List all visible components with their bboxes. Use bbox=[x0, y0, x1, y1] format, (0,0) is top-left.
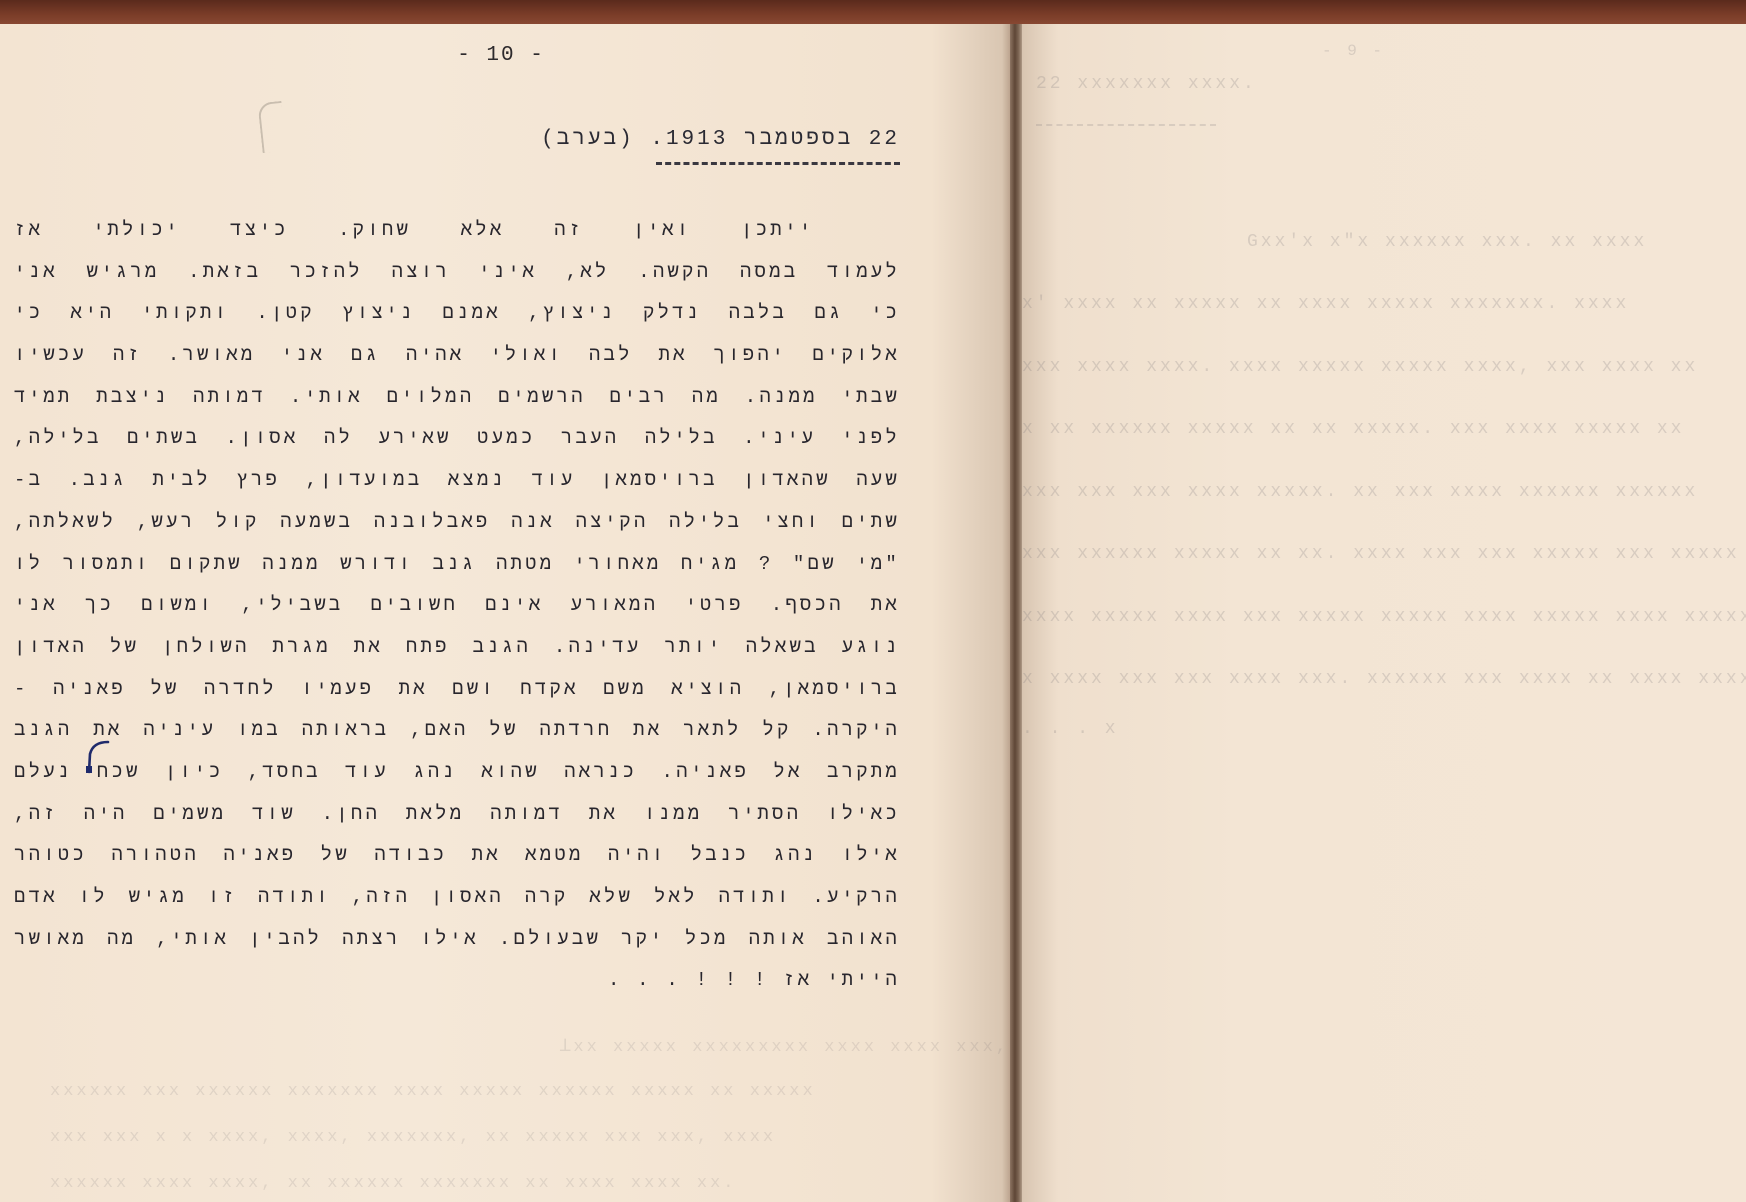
text-line: "מי שם" ? מגיח מאחורי מטתה גנב ודורש ממנ… bbox=[14, 544, 900, 586]
text-line: ייתכן ואין זה אלא שחוק. כיצד יכולתי אז bbox=[14, 210, 900, 252]
text-line: לעמוד במסה הקשה. לא, איני רוצה להזכר בזא… bbox=[14, 252, 900, 294]
show-through-text: xxx xxxxxx xxxxx xx xx. xxxx xxx xxx xxx… bbox=[1022, 544, 1740, 564]
heading-underline bbox=[656, 162, 900, 165]
text-line: נוגע בשאלה יותר עדינה. הגנב פתח את מגרת … bbox=[14, 627, 900, 669]
text-line: אלוקים יהפוך את לבה ואולי אהיה גם אני מא… bbox=[14, 335, 900, 377]
text-line: כאילו הסתיר ממנו את דמותה מלאת החן. שוד … bbox=[14, 794, 900, 836]
show-through-text: xxxxxx xxx xxxxxx xxxxxxx xxxx xxxxx xxx… bbox=[50, 1082, 816, 1101]
text-line: שעה שהאדון ברויסמאן עוד נמצא במועדון, פר… bbox=[14, 460, 900, 502]
diary-entry-body: ייתכן ואין זה אלא שחוק. כיצד יכולתי אז ל… bbox=[14, 210, 900, 1002]
text-line: מתקרב אל פאניה. כנראה שהוא נהג עוד בחסד,… bbox=[14, 752, 900, 794]
show-through-heading: 22 xxxxxxx xxxx. bbox=[1036, 74, 1257, 94]
show-through-text: x xxxx xxx xxx xxxx xxx. xxxxxx xxx xxxx… bbox=[1022, 669, 1746, 689]
show-through-text: xxxxxx xxxx xxxx, xx xxxxxx xxxxxxx xx x… bbox=[50, 1174, 737, 1193]
text-line: ברויסמאן, הוציא משם אקדח ושם את פעמיו לח… bbox=[14, 669, 900, 711]
entry-date-heading: 22 בספטמבר 1913. (בערב) bbox=[541, 128, 900, 151]
text-line: שתים וחצי בלילה הקיצה אנה פאבלובנה בשמעה… bbox=[14, 502, 900, 544]
text-line: אילו נהג כנבל והיה מטמא את כבודה של פאני… bbox=[14, 835, 900, 877]
show-through-text: x' xxxx xx xxxxx xx xxxx xxxxx xxxxxxx. … bbox=[1022, 294, 1629, 314]
right-page: - 9 - 22 xxxxxxx xxxx. Gxx'x x"x xxxxxx … bbox=[1022, 24, 1746, 1202]
text-line: כי גם בלבה נדלק ניצוץ, אמנם ניצוץ קטן. ו… bbox=[14, 293, 900, 335]
text-line: את הכסף. פרטי המאורע אינם חשובים בשבילי,… bbox=[14, 585, 900, 627]
pencil-mark bbox=[257, 101, 286, 153]
show-through-text: . . . x bbox=[1022, 719, 1119, 739]
show-through-text: Gxx'x x"x xxxxxx xxx. xx xxxx bbox=[1247, 232, 1647, 252]
show-through-rule bbox=[1036, 124, 1216, 126]
text-line: הייתי אז ! ! ! . . . bbox=[14, 960, 900, 1002]
page-number: - 10 - bbox=[440, 44, 562, 67]
text-line: לפני עיני. בלילה העבר כמעט שאירע לה אסון… bbox=[14, 418, 900, 460]
show-through-text: xxx xxxx xxxx. xxxx xxxxx xxxxx xxxx, xx… bbox=[1022, 357, 1698, 377]
show-through-text: xxx xxx x x xxxx, xxxx, xxxxxxx, xx xxxx… bbox=[50, 1128, 776, 1147]
pen-correction-mark bbox=[84, 740, 110, 776]
text-line: הרקיע. ותודה לאל שלא קרה האסון הזה, ותוד… bbox=[14, 877, 900, 919]
desk-background bbox=[0, 0, 1746, 26]
show-through-text: xxxx xxxxx xxxx xxx xxxxx xxxxx xxxx xxx… bbox=[1022, 607, 1746, 627]
show-through-page-number: - 9 - bbox=[1322, 42, 1385, 60]
text-line: היקרה. קל לתאר את חרדתה של האם, בראותה ב… bbox=[14, 710, 900, 752]
show-through-text: x xx xxxxxx xxxxx xx xx xxxxx. xxx xxxx … bbox=[1022, 419, 1684, 439]
text-line: שבתי ממנה. מה רבים הרשמים המלוים אותי. ד… bbox=[14, 377, 900, 419]
show-through-text: xxx xxx xxx xxxx xxxxx. xx xxx xxxx xxxx… bbox=[1022, 482, 1698, 502]
text-line: האוהב אותה מכל יקר שבעולם. אילו רצתה להב… bbox=[14, 919, 900, 961]
